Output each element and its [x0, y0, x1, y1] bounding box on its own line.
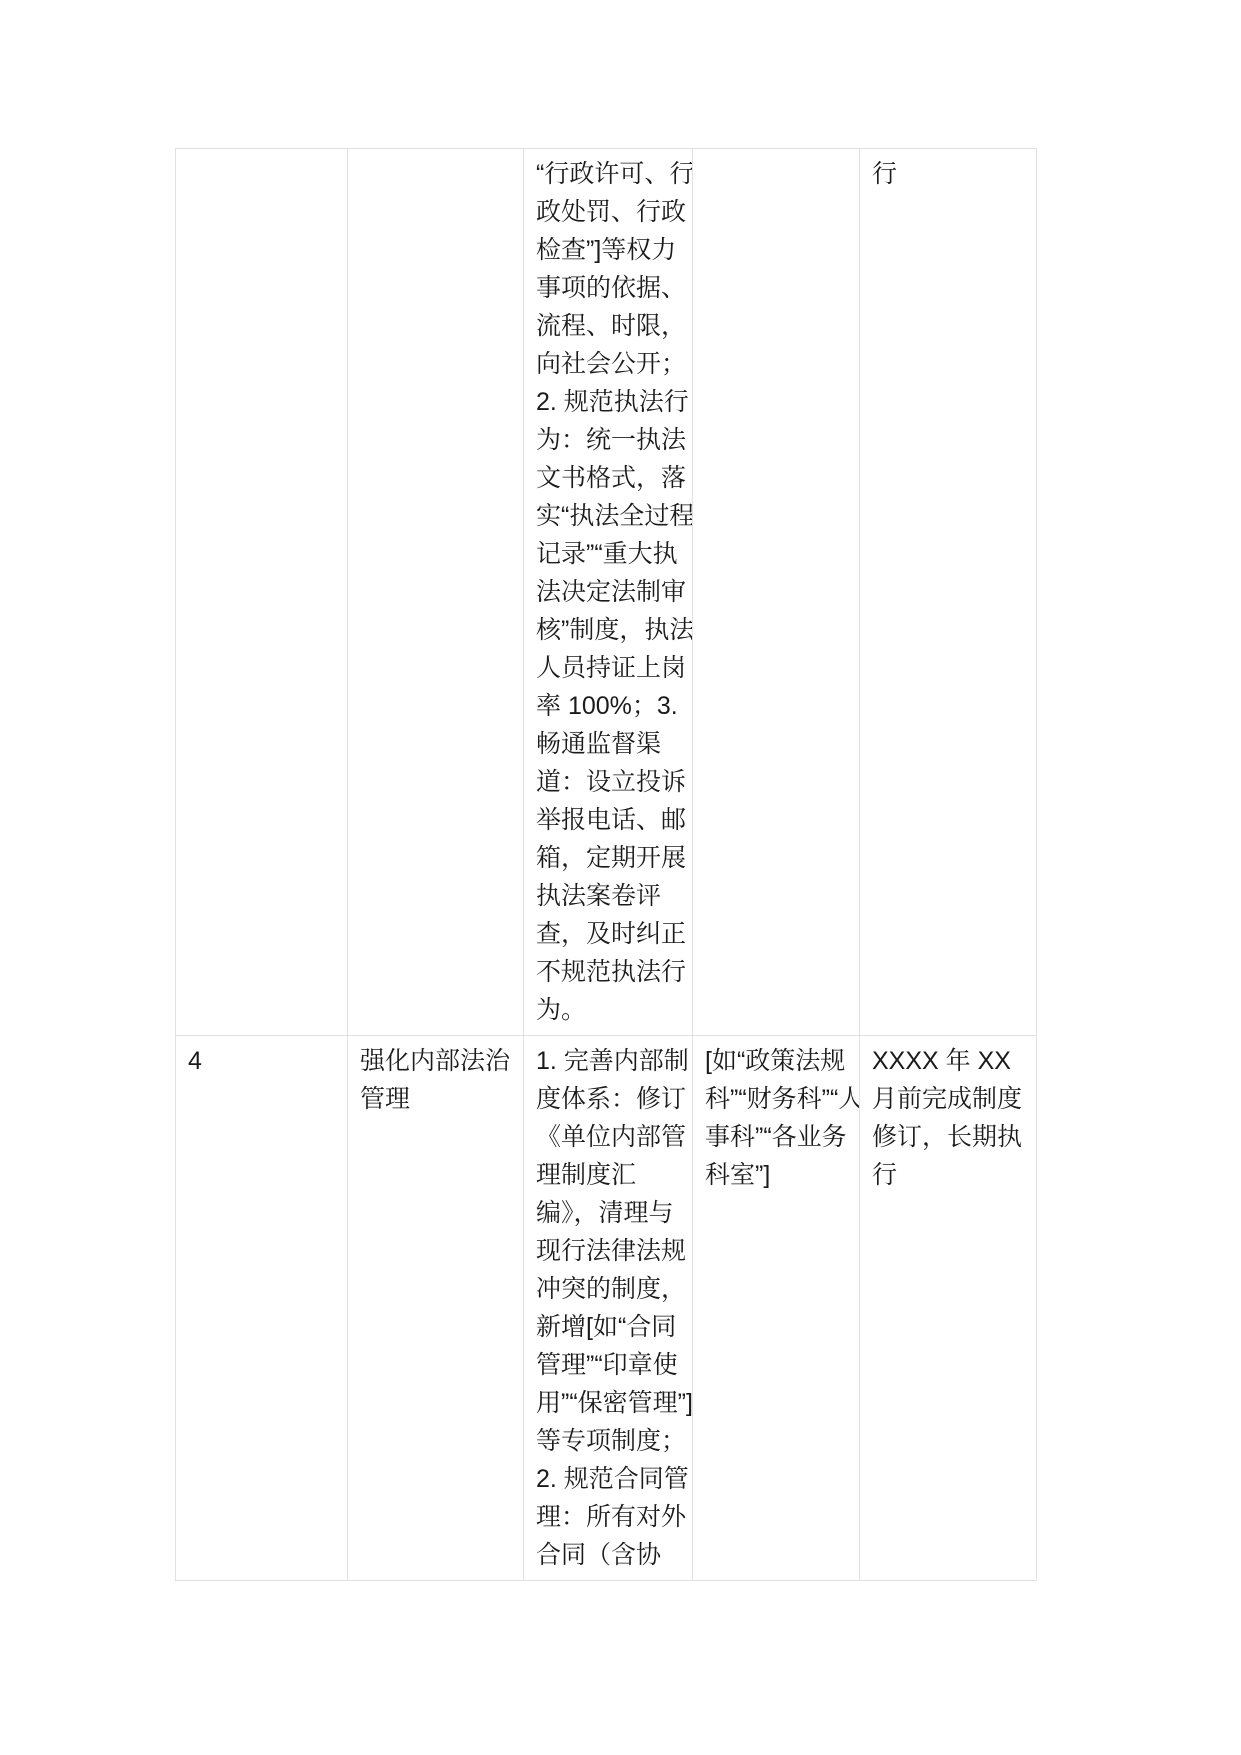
text-line: 查，及时纠正 — [536, 915, 680, 953]
text-line: 政处罚、行政 — [536, 193, 680, 231]
text-line: 2. 规范合同管 — [536, 1460, 680, 1498]
text-line: 箱，定期开展 — [536, 839, 680, 877]
text-line: 强化内部法治 — [360, 1042, 511, 1080]
text-line: 科”“财务科”“人 — [705, 1080, 847, 1118]
text-line: 人员持证上岗 — [536, 649, 680, 687]
text-line: 等专项制度； — [536, 1422, 680, 1460]
text-line: 不规范执法行 — [536, 953, 680, 991]
table-cell-seq — [176, 149, 348, 1036]
text-line: 核”制度，执法 — [536, 611, 680, 649]
table-cell-measures: “行政许可、行政处罚、行政检查”]等权力事项的依据、流程、时限，向社会公开；2.… — [524, 149, 693, 1036]
table-cell-task — [348, 149, 524, 1036]
text-line: 理制度汇 — [536, 1156, 680, 1194]
document-page: “行政许可、行政处罚、行政检查”]等权力事项的依据、流程、时限，向社会公开；2.… — [0, 0, 1241, 1755]
document-table: “行政许可、行政处罚、行政检查”]等权力事项的依据、流程、时限，向社会公开；2.… — [175, 148, 1037, 1581]
text-line: 记录”“重大执 — [536, 535, 680, 573]
text-line: 修订，长期执 — [872, 1118, 1024, 1156]
text-line: 行 — [872, 1156, 1024, 1194]
text-line: 事项的依据、 — [536, 269, 680, 307]
text-line: 编》，清理与 — [536, 1194, 680, 1232]
text-line: 月前完成制度 — [872, 1080, 1024, 1118]
table-cell-department: [如“政策法规科”“财务科”“人事科”“各业务科室”] — [693, 1036, 860, 1581]
text-line: 向社会公开； — [536, 345, 680, 383]
text-line: 4 — [188, 1042, 335, 1080]
text-line: XXXX 年 XX — [872, 1042, 1024, 1080]
text-line: 畅通监督渠 — [536, 725, 680, 763]
table-cell-seq: 4 — [176, 1036, 348, 1581]
text-line: 为：统一执法 — [536, 421, 680, 459]
text-line: 管理 — [360, 1080, 511, 1118]
text-line: 率 100%；3. — [536, 687, 680, 725]
table-cell-deadline: XXXX 年 XX月前完成制度修订，长期执行 — [860, 1036, 1037, 1581]
table-row-continuation: “行政许可、行政处罚、行政检查”]等权力事项的依据、流程、时限，向社会公开；2.… — [176, 149, 1037, 1036]
text-line: 现行法律法规 — [536, 1232, 680, 1270]
text-line: 度体系：修订 — [536, 1080, 680, 1118]
text-line: “行政许可、行 — [536, 155, 680, 193]
text-line: 用”“保密管理”] — [536, 1384, 680, 1422]
text-line: [如“政策法规 — [705, 1042, 847, 1080]
text-line: 科室”] — [705, 1156, 847, 1194]
text-line: 道：设立投诉 — [536, 763, 680, 801]
table-cell-task: 强化内部法治管理 — [348, 1036, 524, 1581]
text-line: 执法案卷评 — [536, 877, 680, 915]
table-cell-department — [693, 149, 860, 1036]
text-line: 举报电话、邮 — [536, 801, 680, 839]
text-line: 流程、时限， — [536, 307, 680, 345]
text-line: 新增[如“合同 — [536, 1308, 680, 1346]
table-cell-measures: 1. 完善内部制度体系：修订《单位内部管理制度汇编》，清理与现行法律法规冲突的制… — [524, 1036, 693, 1581]
text-line: 实“执法全过程 — [536, 497, 680, 535]
text-line: 为。 — [536, 991, 680, 1029]
text-line: 理：所有对外 — [536, 1498, 680, 1536]
text-line: 合同（含协 — [536, 1536, 680, 1574]
text-line: 冲突的制度， — [536, 1270, 680, 1308]
text-line: 《单位内部管 — [536, 1118, 680, 1156]
text-line: 事科”“各业务 — [705, 1118, 847, 1156]
table-cell-deadline: 行 — [860, 149, 1037, 1036]
text-line: 1. 完善内部制 — [536, 1042, 680, 1080]
text-line: 行 — [872, 155, 1024, 193]
text-line: 2. 规范执法行 — [536, 383, 680, 421]
text-line: 检查”]等权力 — [536, 231, 680, 269]
text-line: 法决定法制审 — [536, 573, 680, 611]
text-line: 文书格式，落 — [536, 459, 680, 497]
text-line: 管理”“印章使 — [536, 1346, 680, 1384]
table-row-item-4: 4 强化内部法治管理 1. 完善内部制度体系：修订《单位内部管理制度汇编》，清理… — [176, 1036, 1037, 1581]
